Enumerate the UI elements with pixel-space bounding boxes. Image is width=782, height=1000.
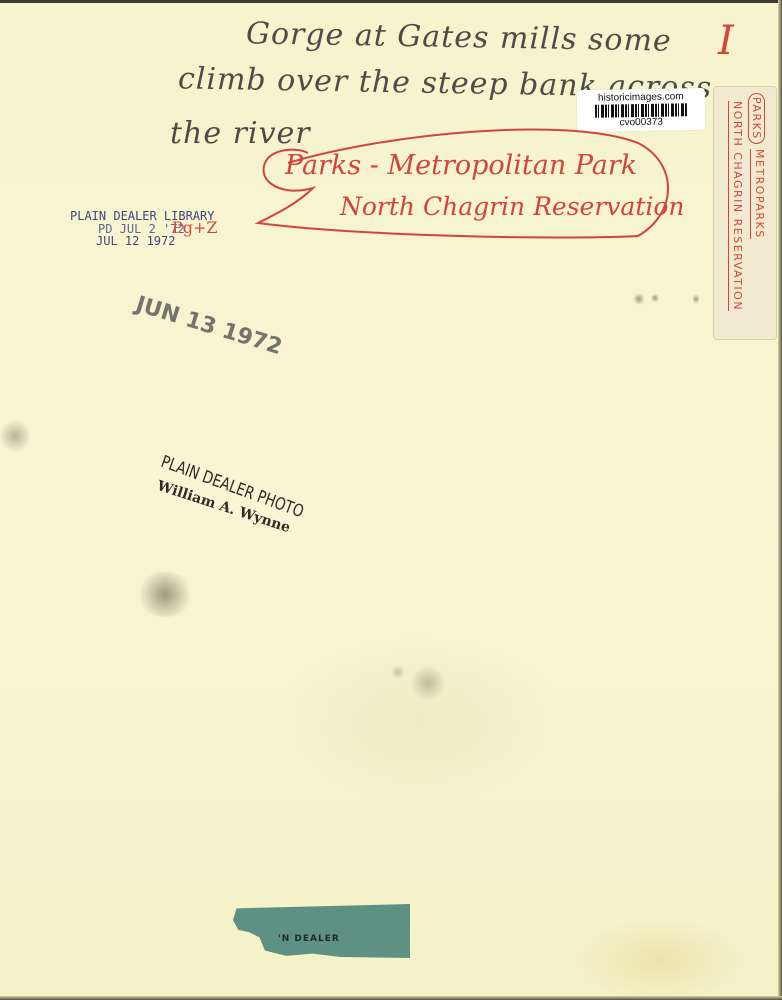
barcode-site: historicimages.com xyxy=(577,91,705,104)
side-card-line-1: METROPARKS xyxy=(750,149,766,239)
red-category-line-2: North Chagrin Reservation xyxy=(340,192,685,221)
ink-speck xyxy=(651,293,659,303)
pencil-caption-line-1: Gorge at Gates mills some xyxy=(246,16,672,58)
tape-fragment-text: 'N DEALER xyxy=(278,934,340,944)
library-handwritten-note: Pg+Z xyxy=(172,218,218,237)
bottom-edge-shadow xyxy=(0,996,782,1000)
ink-smudge xyxy=(0,418,30,454)
red-roman-numeral: I xyxy=(718,18,734,64)
red-category-line-1: Parks - Metropolitan Park xyxy=(285,150,637,181)
ink-smudge xyxy=(410,665,446,701)
top-edge-shadow xyxy=(0,0,782,3)
ink-smudge xyxy=(390,665,406,679)
ink-smudge xyxy=(135,572,195,617)
side-card-circled-category: PARKS xyxy=(748,93,765,144)
red-ellipse-loop xyxy=(238,118,678,258)
ink-speck xyxy=(633,293,645,305)
ink-speck xyxy=(693,293,699,305)
side-index-card: PARKS METROPARKS NORTH CHAGRIN RESERVATI… xyxy=(713,86,777,340)
right-edge-shadow xyxy=(778,0,782,1000)
side-card-line-2: NORTH CHAGRIN RESERVATION xyxy=(728,101,744,311)
library-stamp-line-3: JUL 12 1972 xyxy=(96,234,175,248)
